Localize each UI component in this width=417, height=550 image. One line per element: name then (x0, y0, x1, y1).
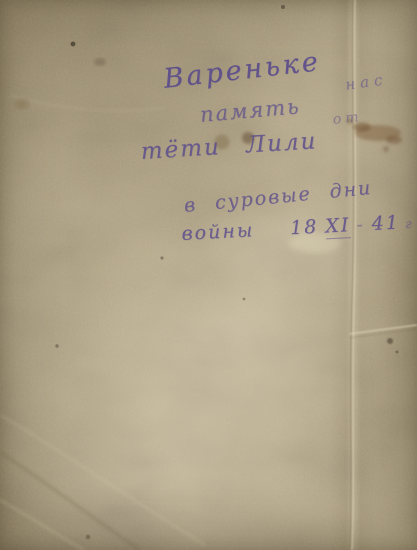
date-month-roman: XI (325, 214, 351, 239)
date-day: 18 (290, 216, 319, 239)
inscription-line-2-fragment: от (332, 109, 363, 128)
date-dash: - (356, 213, 366, 235)
date-year: 41 (371, 212, 400, 235)
inscription-word-voiny: войны (181, 219, 255, 245)
scanned-page: Вареньке нас память от тёти Лили в суров… (0, 0, 417, 550)
date-era-suffix: г (405, 217, 414, 232)
